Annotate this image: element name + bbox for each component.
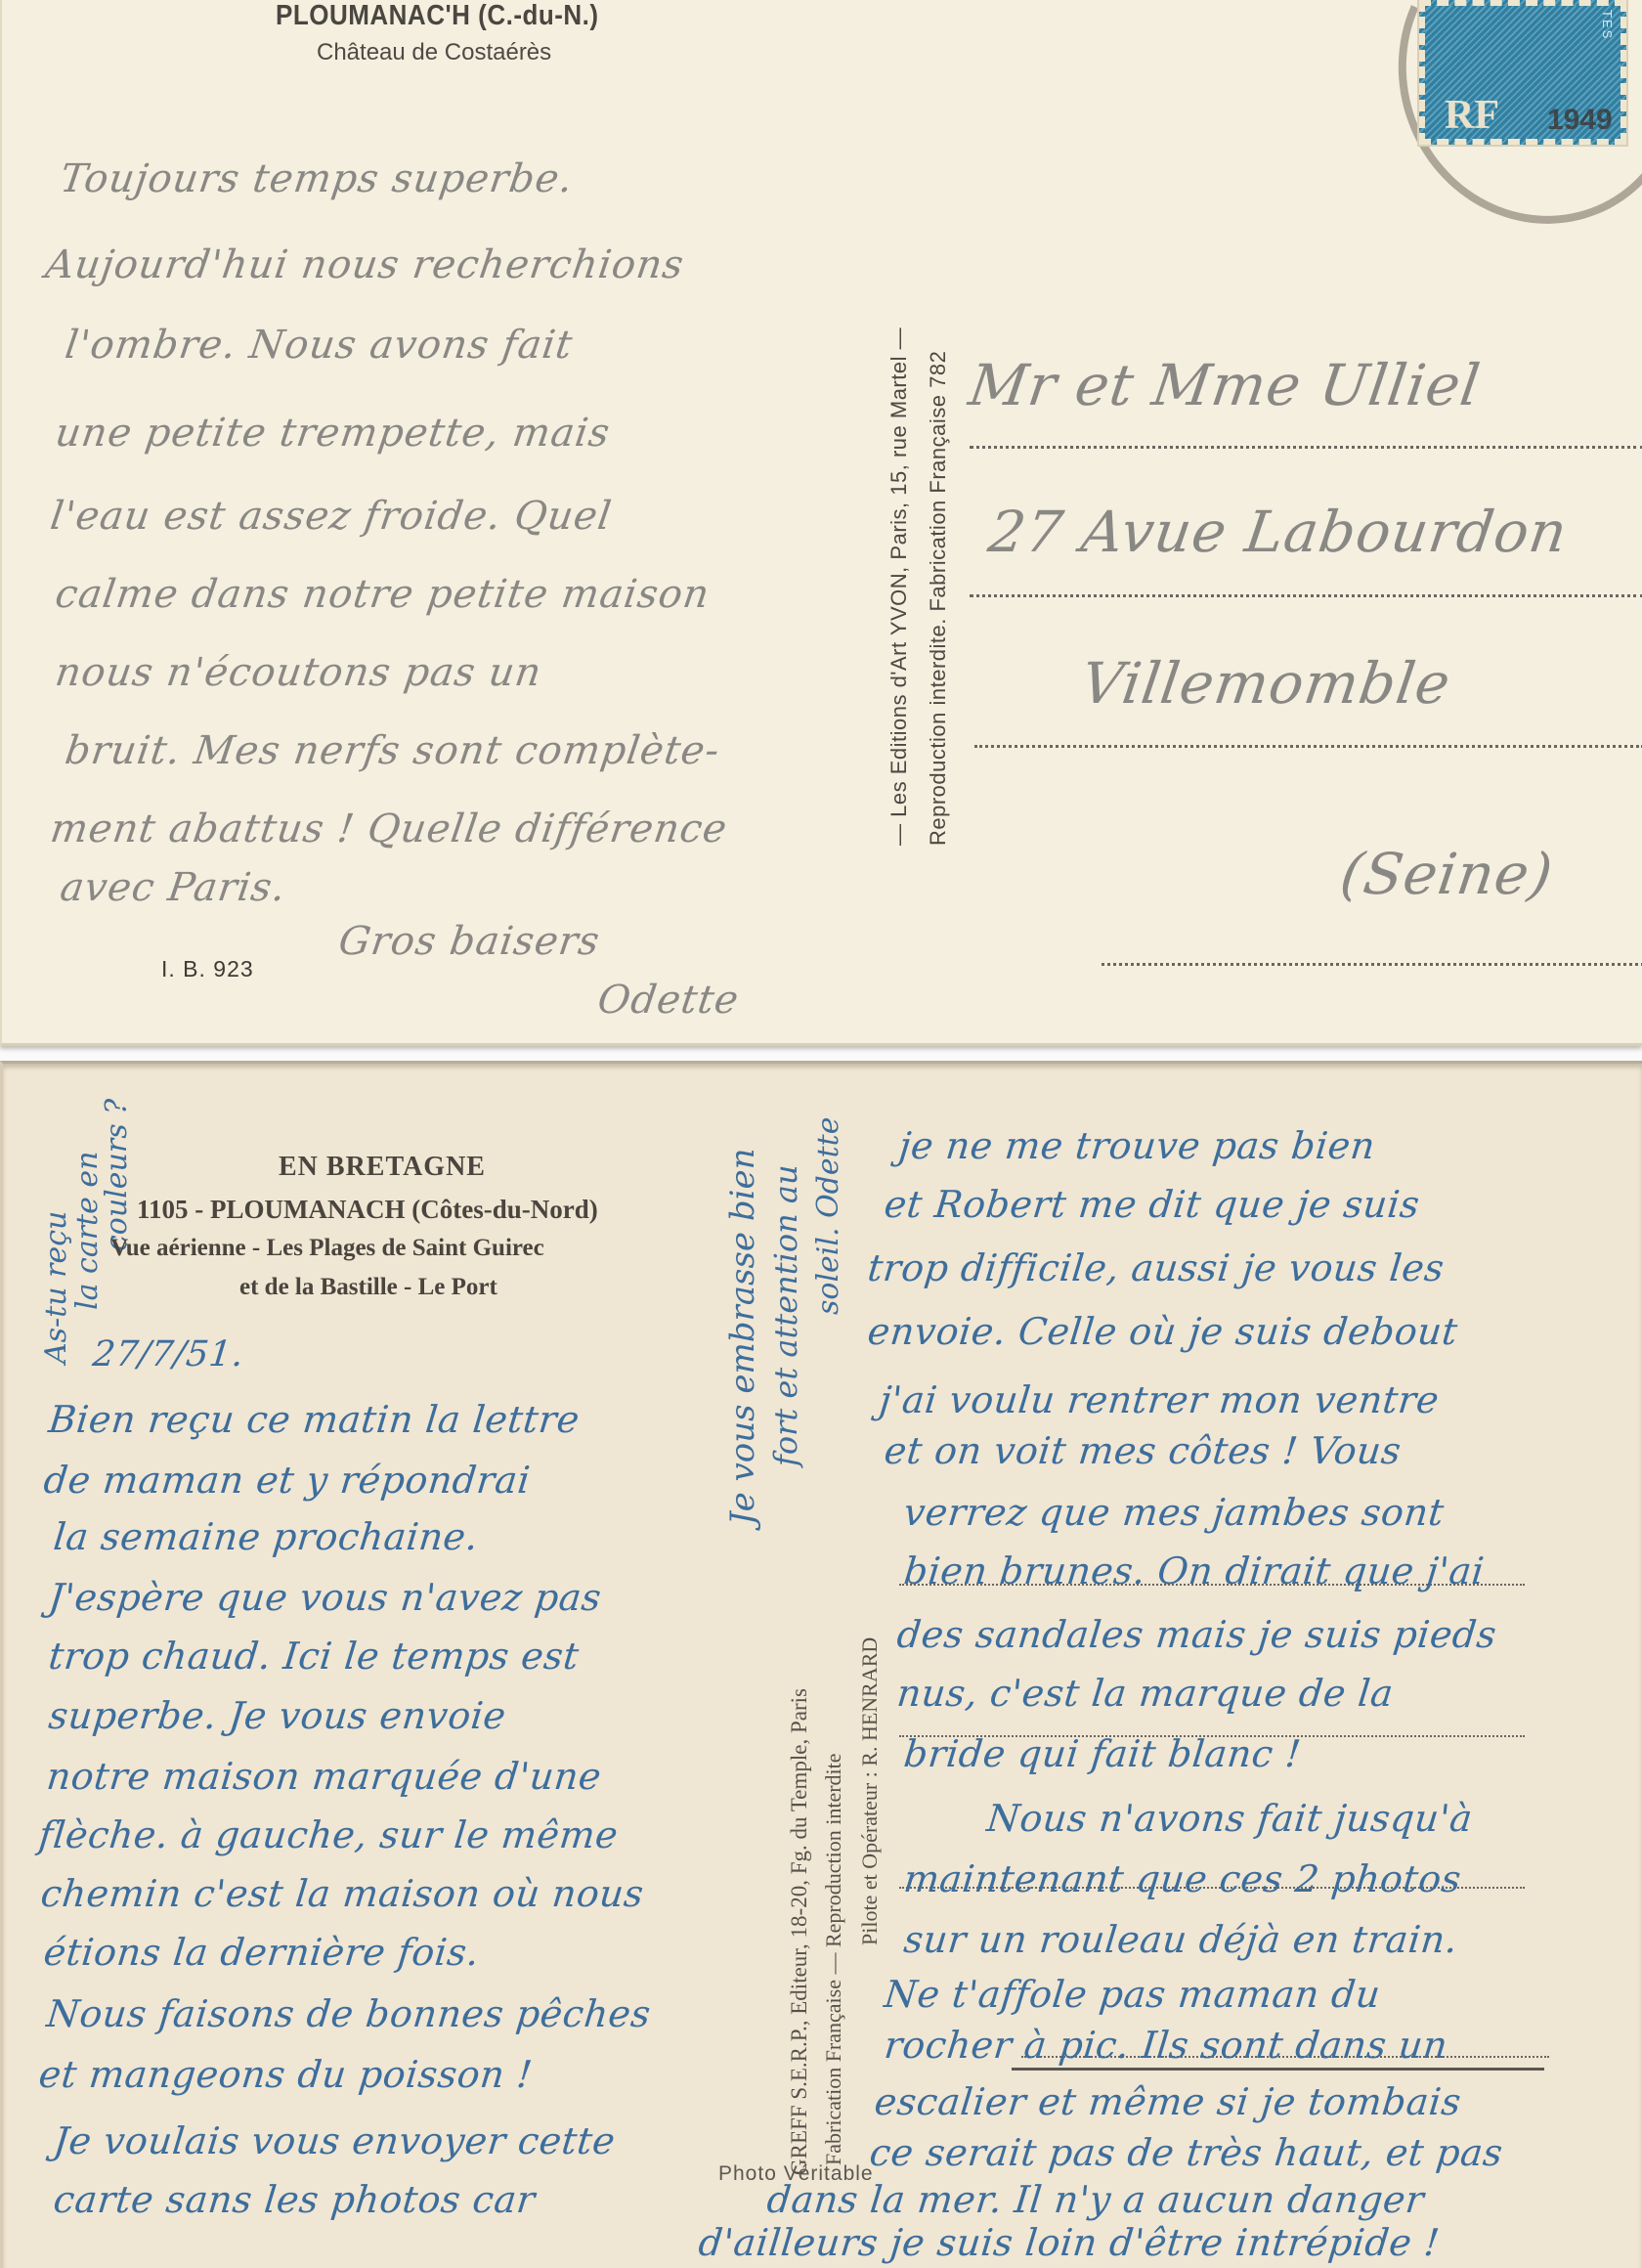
postcard-chateau-costaeres: PLOUMANAC'H (C.-du-N.) Château de Costaé… [0,0,1642,1046]
message-line: nous n'écoutons pas un [53,650,544,695]
message-line: trop chaud. Ici le temps est [47,1635,582,1678]
stamp-side-text: TES [1600,10,1615,40]
message-line: et Robert me dit que je suis [883,1183,1422,1226]
address-line-rule [970,594,1642,597]
message-line: avec Paris. [58,865,289,910]
message-line: nus, c'est la marque de la [895,1672,1396,1715]
card-subtitle: Château de Costaérès [317,39,551,66]
card-caption: Vue aérienne - Les Plages de Saint Guire… [110,1235,544,1262]
message-line: carte sans les photos car [52,2178,538,2221]
postage-stamp: RF TES 1949 [1419,0,1626,145]
card-title: PLOUMANAC'H (C.-du-N.) [276,0,599,32]
message-line: l'ombre. Nous avons fait [63,323,576,368]
postmark-year: 1949 [1547,104,1613,137]
message-line: rocher à pic. Ils sont dans un [883,2024,1450,2067]
signature: Odette [595,978,742,1023]
message-line: maintenant que ces 2 photos [902,1857,1463,1900]
message-line: d'ailleurs je suis loin d'être intrépide… [697,2221,1442,2264]
publisher-line: GREFF S.E.R.P., Editeur, 18-20, Fg. du T… [787,1688,812,2175]
card-title: 1105 - PLOUMANACH (Côtes-du-Nord) [137,1195,598,1225]
message-line: bien brunes. On dirait que j'ai [902,1549,1487,1592]
message-line: Bien reçu ce matin la lettre [47,1398,582,1441]
message-line: bruit. Mes nerfs sont complète- [63,728,723,773]
message-line: Toujours temps superbe. [58,156,577,201]
message-line: Je voulais vous envoyer cette [52,2119,618,2162]
message-line: et on voit mes côtes ! Vous [883,1429,1404,1472]
message-line: et mangeons du poisson ! [37,2053,535,2096]
address-line-rule [974,745,1642,748]
address-line-rule [1012,2068,1544,2071]
publisher-line: Fabrication Française — Reproduction int… [821,1753,846,2165]
message-line: Nous faisons de bonnes pêches [45,1992,653,2035]
card-region-heading: EN BRETAGNE [279,1152,486,1183]
message-line: verrez que mes jambes sont [902,1491,1447,1534]
message-line: trop difficile, aussi je vous les [866,1246,1447,1289]
message-line: ment abattus ! Quelle différence [48,807,730,851]
address-street: 27 Avue Labourdon [984,499,1572,565]
message-line: flèche. à gauche, sur le même [37,1813,621,1856]
margin-note: Je vous embrasse bien [723,1148,762,1525]
closing-line: Gros baisers [336,919,603,964]
message-line: de maman et y répondrai [42,1459,533,1502]
message-line: dans la mer. Il n'y a aucun danger [765,2178,1427,2221]
message-line: calme dans notre petite maison [53,572,713,617]
message-line: Aujourd'hui nous recherchions [43,242,687,287]
message-line: je ne me trouve pas bien [897,1124,1377,1167]
message-line: l'eau est assez froide. Quel [48,494,615,539]
message-line: notre maison marquée d'une [45,1755,604,1798]
message-line: j'ai voulu rentrer mon ventre [878,1378,1442,1421]
margin-note: fort et attention au [767,1164,804,1466]
message-line: chemin c'est la maison où nous [39,1872,646,1915]
message-line: envoie. Celle où je suis debout [866,1310,1460,1353]
margin-note: soleil. Odette [811,1117,845,1316]
margin-note: couleurs ? [100,1099,134,1251]
message-line: escalier et même si je tombais [873,2080,1463,2123]
stamp-rf-label: RF [1445,92,1499,139]
message-line: Nous n'avons fait jusqu'à [985,1797,1475,1840]
address-line-rule [970,446,1642,449]
message-line: une petite trempette, mais [53,411,613,456]
address-department: (Seine) [1336,841,1557,907]
message-line: superbe. Je vous envoie [47,1694,508,1737]
message-line: bride qui fait blanc ! [902,1732,1304,1775]
publisher-line: — Les Editions d'Art YVON, Paris, 15, ru… [886,327,912,846]
message-line: la semaine prochaine. [52,1515,481,1558]
publisher-line: Pilote et Opérateur : R. HENRARD [857,1637,883,1945]
message-line: étions la dernière fois. [42,1931,482,1974]
address-city: Villemomble [1077,650,1454,717]
message-line: J'espère que vous n'avez pas [47,1576,604,1619]
message-line: Ne t'affole pas maman du [883,1973,1383,2016]
card-caption: et de la Bastille - Le Port [239,1274,497,1301]
card-reference-code: I. B. 923 [161,956,254,982]
message-line: sur un rouleau déjà en train. [902,1918,1460,1961]
message-line: ce serait pas de très haut, et pas [868,2131,1505,2174]
address-recipient: Mr et Mme Ulliel [965,352,1485,418]
publisher-line: Reproduction interdite. Fabrication Fran… [926,351,951,846]
message-line: des sandales mais je suis pieds [895,1613,1499,1656]
address-line-rule [1102,963,1642,966]
margin-note: As-tu reçu [39,1211,73,1364]
letter-date: 27/7/51. [91,1334,246,1374]
